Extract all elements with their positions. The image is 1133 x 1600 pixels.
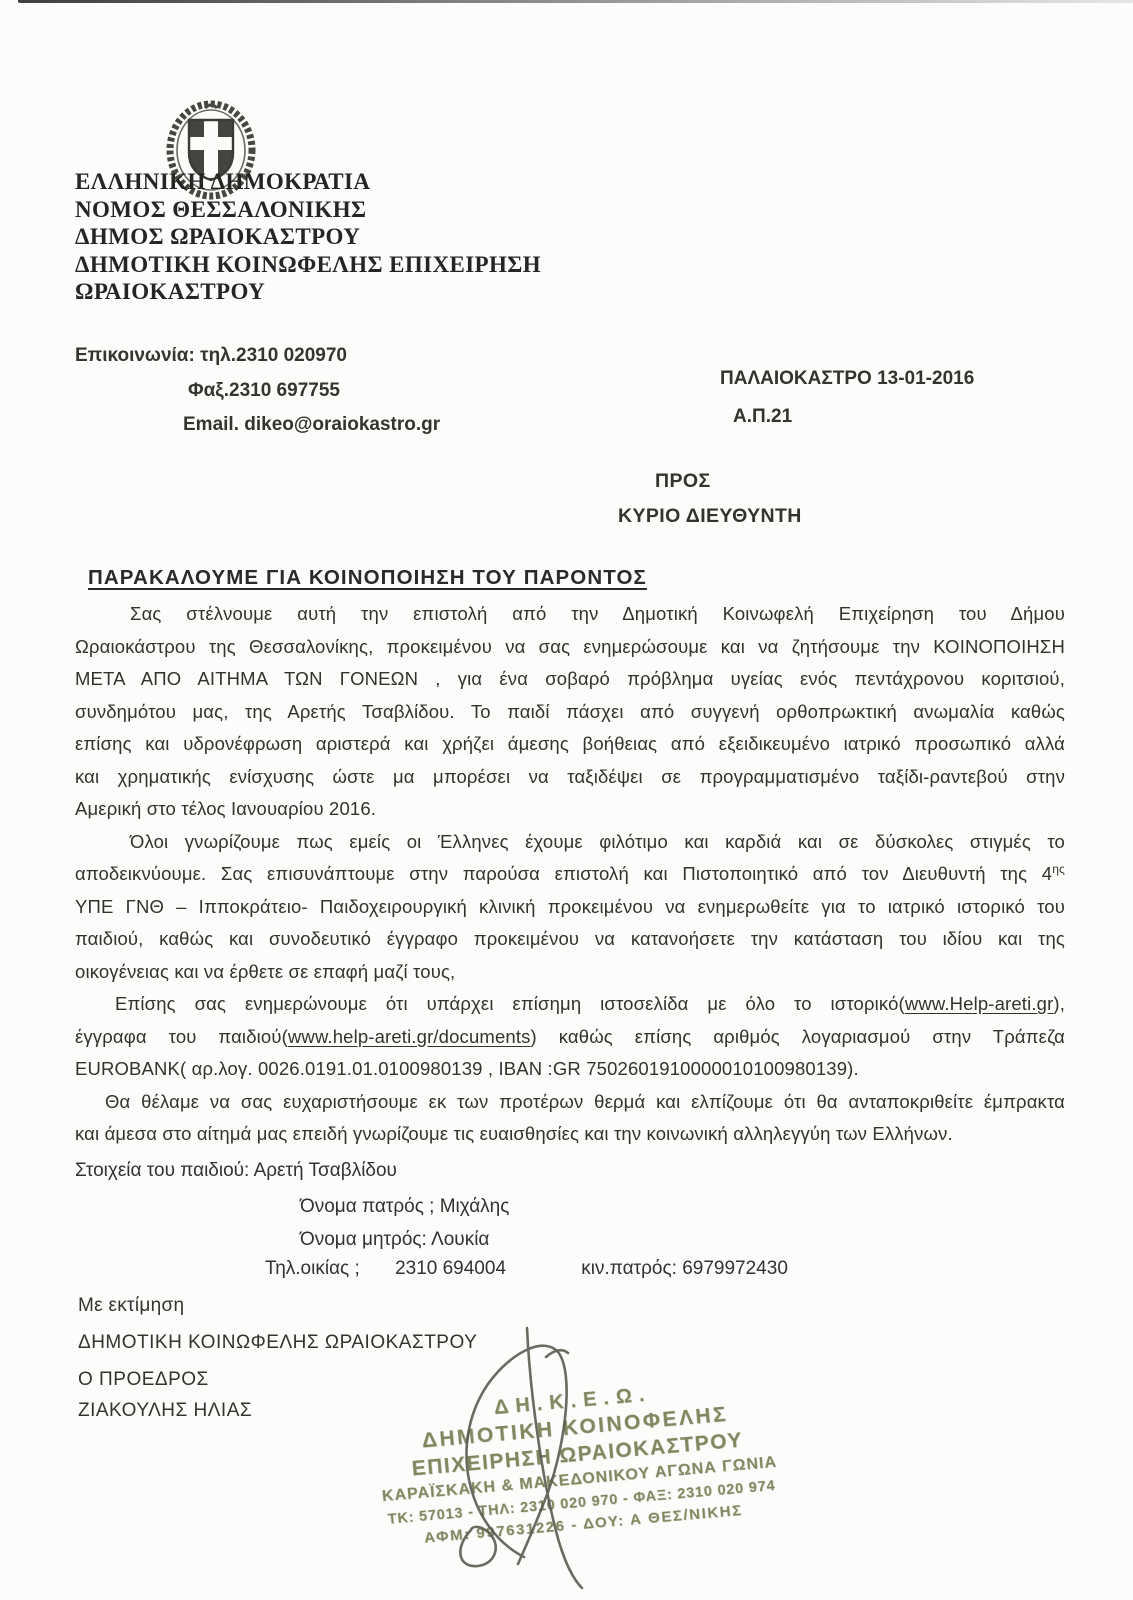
home-phone-number: 2310 694004 — [395, 1258, 506, 1280]
body-line-text: ), — [1053, 993, 1065, 1014]
org-line-municipality: ΔΗΜΟΣ ΩΡΑΙΟΚΑΣΤΡΟΥ — [75, 223, 635, 251]
signer-name: ΖΙΑΚΟΥΛΗΣ ΗΛΙΑΣ — [78, 1400, 252, 1422]
recipient-to-label: ΠΡΟΣ — [655, 470, 711, 493]
org-line-enterprise-2: ΩΡΑΙΟΚΑΣΤΡΟΥ — [75, 278, 635, 306]
body-line: ΜΕΤΑ ΑΠΟ ΑΙΤΗΜΑ ΤΩΝ ΓΟΝΕΩΝ , για ένα σοβ… — [75, 663, 1065, 696]
body-line: ΥΠΕ ΓΝΘ – Ιπποκράτειο- Παιδοχειρουργική … — [75, 891, 1065, 924]
body-line: Ωραιοκάστρου της Θεσσαλονίκης, προκειμέν… — [75, 631, 1065, 664]
child-mother-name: Όνομα μητρός: Λουκία — [300, 1229, 489, 1251]
place-date: ΠΑΛΑΙΟΚΑΣΤΡΟ 13-01-2016 — [720, 368, 974, 390]
body-line: Αμερική στο τέλος Ιανουαρίου 2016. — [75, 793, 1065, 826]
body-line: παιδιού, καθώς και συνοδευτικό έγγραφο π… — [75, 923, 1065, 956]
subject-heading: ΠΑΡΑΚΑΛΟΥΜΕ ΓΙΑ ΚΟΙΝΟΠΟΙΗΣΗ ΤΟΥ ΠΑΡΟΝΤΟΣ — [88, 566, 647, 590]
handwritten-signature — [396, 1322, 686, 1597]
body-line: αποδεικνύουμε. Σας επισυνάπτουμε στην πα… — [75, 858, 1065, 891]
letter-body: Σας στέλνουμε αυτή την επιστολή από την … — [75, 598, 1065, 1151]
body-line-text: Επίσης σας ενημερώνουμε ότι υπάρχει επίσ… — [115, 993, 905, 1014]
body-line-text: ) καθώς επίσης αριθμός λογαριασμού στην … — [531, 1026, 1065, 1047]
contact-email: Email. dikeo@oraiokastro.gr — [183, 414, 440, 436]
body-line: Σας στέλνουμε αυτή την επιστολή από την … — [75, 598, 1065, 631]
body-line: συνδημότου μας, της Αρετής Τσαβλίδου. Το… — [75, 696, 1065, 729]
body-line: Θα θέλαμε να σας ευχαριστήσουμε εκ των π… — [75, 1086, 1065, 1119]
signer-title: Ο ΠΡΟΕΔΡΟΣ — [78, 1369, 209, 1391]
child-phones: Τηλ.οικίας ; 2310 694004 κιν.πατρός: 697… — [265, 1258, 965, 1280]
child-summary: Στοιχεία του παιδιού: Αρετή Τσαβλίδου — [75, 1160, 397, 1182]
contact-fax: Φαξ.2310 697755 — [188, 380, 340, 402]
body-line-text: αποδεικνύουμε. Σας επισυνάπτουμε στην πα… — [75, 863, 1052, 884]
body-line: και χρηματικής ενίσχυσης ώστε μα μπορέσε… — [75, 761, 1065, 794]
body-line: Όλοι γνωρίζουμε πως εμείς οι Έλληνες έχο… — [75, 826, 1065, 859]
letterhead-org-block: ΕΛΛΗΝΙΚΗ ΔΗΜΟΚΡΑΤΙΑ ΝΟΜΟΣ ΘΕΣΣΑΛΟΝΙΚΗΣ Δ… — [75, 168, 635, 306]
body-line: Επίσης σας ενημερώνουμε ότι υπάρχει επίσ… — [75, 988, 1065, 1021]
org-line-republic: ΕΛΛΗΝΙΚΗ ΔΗΜΟΚΡΑΤΙΑ — [75, 168, 635, 196]
website-link[interactable]: www.Help-areti.gr — [905, 993, 1054, 1014]
org-line-prefecture: ΝΟΜΟΣ ΘΕΣΣΑΛΟΝΙΚΗΣ — [75, 196, 635, 224]
father-mobile-number: κιν.πατρός: 6979972430 — [581, 1258, 788, 1280]
scan-edge-artifact — [18, 0, 1133, 3]
body-line: EUROBANK( αρ.λογ. 0026.0191.01.010098013… — [75, 1053, 1065, 1086]
recipient-name: ΚΥΡΙΟ ΔΙΕΥΘΥΝΤΗ — [618, 505, 802, 528]
body-line: έγγραφα του παιδιού(www.help-areti.gr/do… — [75, 1021, 1065, 1054]
contact-phone: Επικοινωνία: τηλ.2310 020970 — [75, 345, 347, 367]
body-line: και άμεσα στο αίτημά μας επειδή γνωρίζου… — [75, 1118, 1065, 1151]
body-line: επίσης και υδρονέφρωση αριστερά και χρήζ… — [75, 728, 1065, 761]
home-phone-label: Τηλ.οικίας ; — [265, 1258, 360, 1280]
body-line-text: έγγραφα του παιδιού( — [75, 1026, 288, 1047]
ordinal-superscript: ης — [1052, 862, 1065, 876]
body-line: οικογένειας και να έρθετε σε επαφή μαζί … — [75, 956, 1065, 989]
closing-phrase: Με εκτίμηση — [78, 1295, 184, 1317]
protocol-number: Α.Π.21 — [733, 406, 792, 428]
scanned-letter-page: ΕΛΛΗΝΙΚΗ ΔΗΜΟΚΡΑΤΙΑ ΝΟΜΟΣ ΘΕΣΣΑΛΟΝΙΚΗΣ Δ… — [0, 0, 1133, 1600]
documents-link[interactable]: www.help-areti.gr/documents — [288, 1026, 531, 1047]
child-father-name: Όνομα πατρός ; Μιχάλης — [300, 1196, 509, 1218]
org-line-enterprise: ΔΗΜΟΤΙΚΗ ΚΟΙΝΩΦΕΛΗΣ ΕΠΙΧΕΙΡΗΣΗ — [75, 251, 635, 279]
